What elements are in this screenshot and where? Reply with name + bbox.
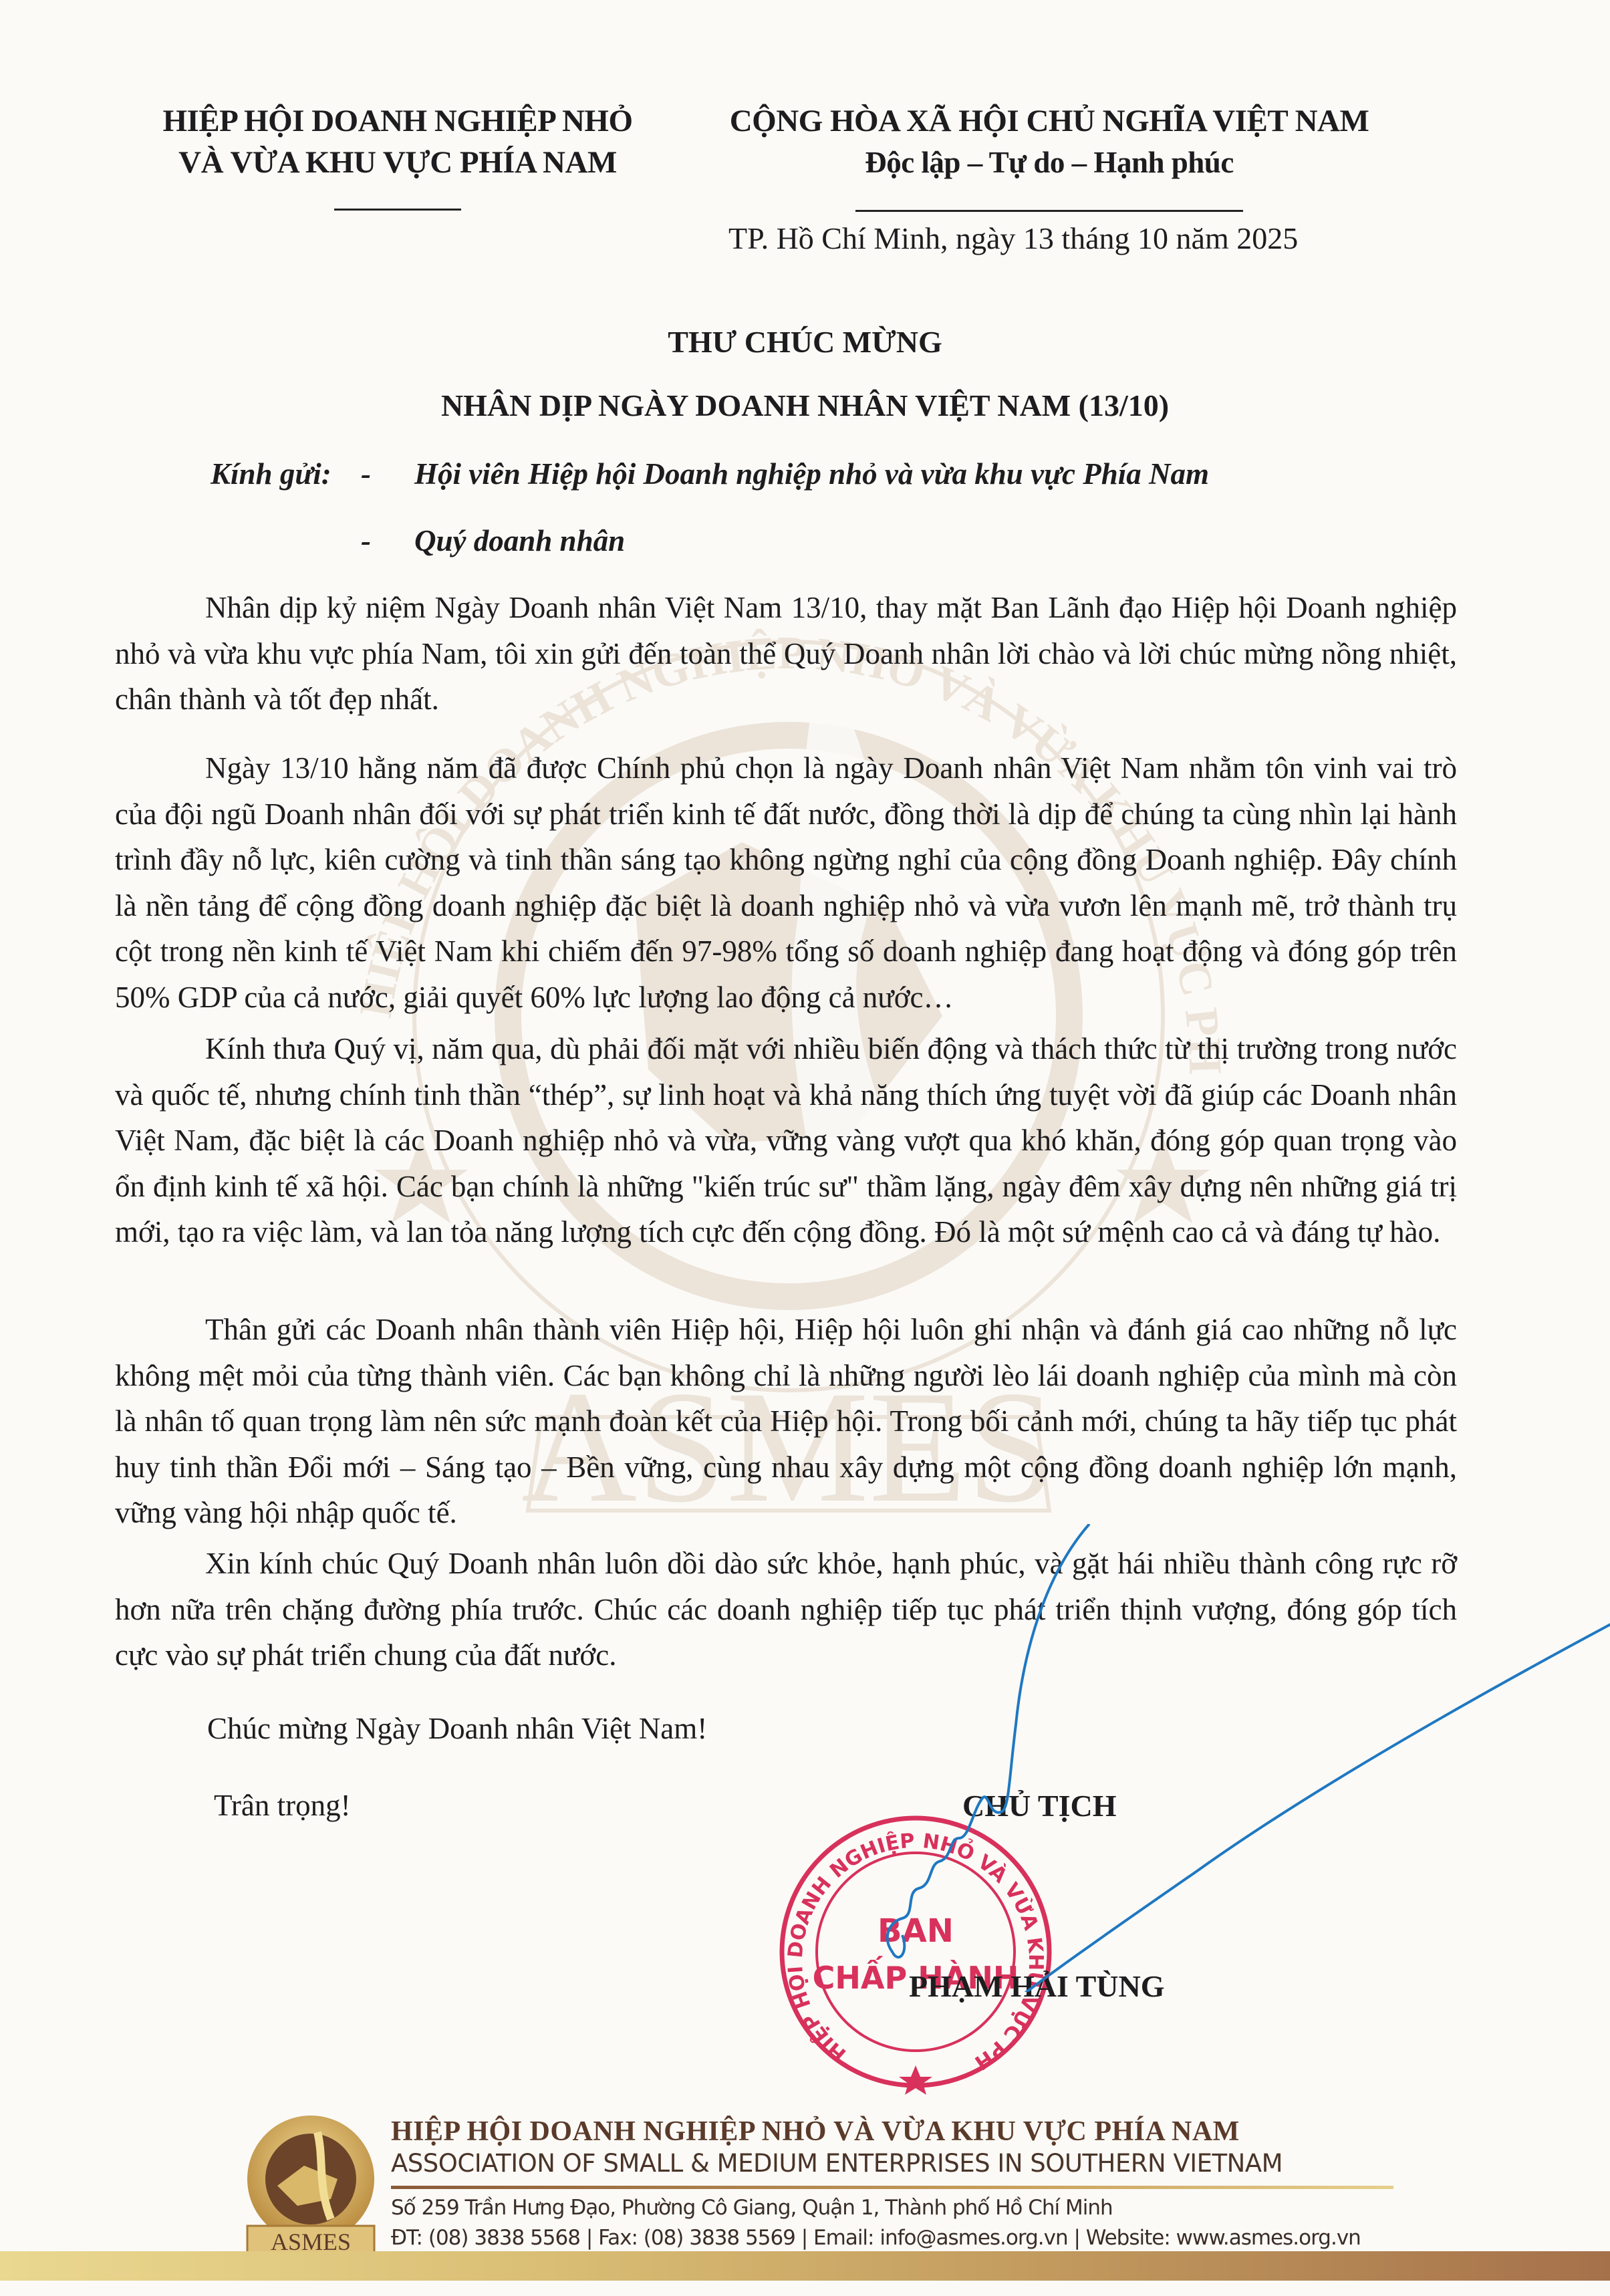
motto-underline — [855, 210, 1243, 212]
recipient-bullet: - — [361, 457, 371, 491]
org-name-line2: VÀ VỪA KHU VỰC PHÍA NAM — [114, 142, 682, 183]
issuing-organization: HIỆP HỘI DOANH NGHIỆP NHỎ VÀ VỪA KHU VỰC… — [114, 100, 682, 211]
org-underline — [334, 209, 461, 211]
recipient-item: Hội viên Hiệp hội Doanh nghiệp nhỏ và vừ… — [414, 457, 1209, 491]
place-date: TP. Hồ Chí Minh, ngày 13 tháng 10 năm 20… — [728, 221, 1298, 256]
closing-wish: Chúc mừng Ngày Doanh nhân Việt Nam! — [207, 1711, 707, 1746]
letter-page: HIỆP HỘI DOANH NGHIỆP NHỎ VÀ VỪA KHU VỰC… — [0, 0, 1610, 2296]
recipient-item: Quý doanh nhân — [414, 523, 625, 558]
national-heading: CỘNG HÒA XÃ HỘI CHỦ NGHĨA VIỆT NAM Độc l… — [682, 100, 1417, 212]
nation-name: CỘNG HÒA XÃ HỘI CHỦ NGHĨA VIỆT NAM — [682, 100, 1417, 142]
letter-title: THƯ CHÚC MỪNG — [0, 324, 1610, 360]
body-paragraph: Kính thưa Quý vị, năm qua, dù phải đối m… — [115, 1026, 1457, 1255]
signer-name: PHẠM HẢI TÙNG — [909, 1968, 1165, 2004]
letter-subtitle: NHÂN DỊP NGÀY DOANH NHÂN VIỆT NAM (13/10… — [0, 388, 1610, 423]
nation-motto: Độc lập – Tự do – Hạnh phúc — [682, 142, 1417, 183]
asmes-logo: ASMES — [231, 2112, 391, 2266]
red-seal-stamp: HIỆP HỘI DOANH NGHIỆP NHỎ VÀ VỪA KHU VỰC… — [772, 1808, 1059, 2095]
footer-divider — [391, 2186, 1393, 2189]
org-name-line1: HIỆP HỘI DOANH NGHIỆP NHỎ — [114, 100, 682, 142]
body-paragraph: Thân gửi các Doanh nhân thành viên Hiệp … — [115, 1307, 1457, 1536]
footer-contact[interactable]: ĐT: (08) 3838 5568 | Fax: (08) 3838 5569… — [391, 2226, 1361, 2250]
body-paragraph: Ngày 13/10 hằng năm đã được Chính phủ ch… — [115, 745, 1457, 1020]
footer-org-name-en: ASSOCIATION OF SMALL & MEDIUM ENTERPRISE… — [391, 2149, 1283, 2178]
recipient-bullet: - — [361, 523, 371, 558]
footer-gold-band — [0, 2251, 1610, 2281]
body-paragraph: Xin kính chúc Quý Doanh nhân luôn dồi dà… — [115, 1541, 1457, 1678]
body-paragraph: Nhân dịp kỷ niệm Ngày Doanh nhân Việt Na… — [115, 585, 1457, 723]
recipients-label: Kính gửi: — [211, 457, 331, 491]
svg-text:BAN: BAN — [878, 1912, 954, 1950]
regards: Trân trọng! — [214, 1788, 351, 1823]
footer-org-name-vn: HIỆP HỘI DOANH NGHIỆP NHỎ VÀ VỪA KHU VỰC… — [391, 2116, 1240, 2148]
footer-address: Số 259 Trần Hưng Đạo, Phường Cô Giang, Q… — [391, 2196, 1113, 2220]
